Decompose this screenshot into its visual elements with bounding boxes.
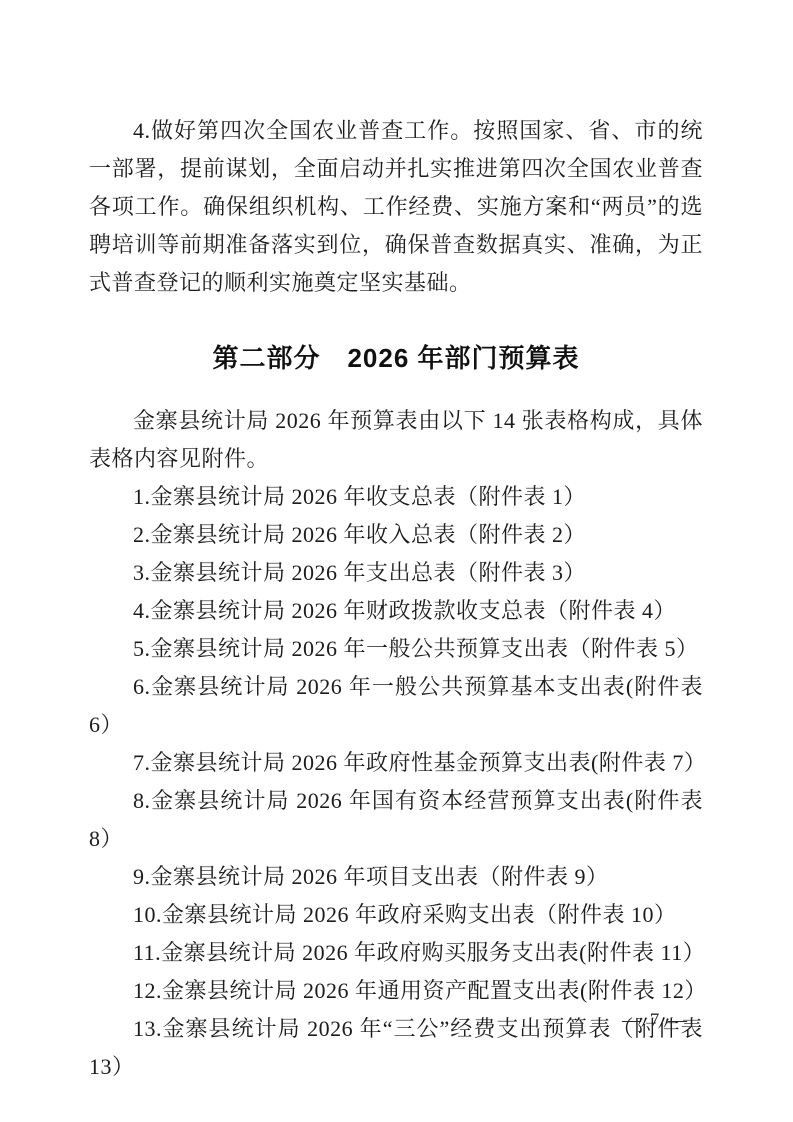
list-item-table-8: 8.金寨县统计局 2026 年国有资本经营预算支出表(附件表 8）	[89, 782, 703, 858]
list-item-table-2: 2.金寨县统计局 2026 年收入总表（附件表 2）	[89, 516, 703, 554]
list-item-table-12: 12.金寨县统计局 2026 年通用资产配置支出表(附件表 12）	[89, 972, 703, 1010]
list-item-table-5: 5.金寨县统计局 2026 年一般公共预算支出表（附件表 5）	[89, 630, 703, 668]
page-number: — 7 —	[622, 1008, 689, 1034]
list-item-table-4: 4.金寨县统计局 2026 年财政拨款收支总表（附件表 4）	[89, 592, 703, 630]
list-item-table-1: 1.金寨县统计局 2026 年收支总表（附件表 1）	[89, 478, 703, 516]
document-page: 4.做好第四次全国农业普查工作。按照国家、省、市的统一部署，提前谋划，全面启动并…	[0, 0, 793, 1122]
list-item-table-6: 6.金寨县统计局 2026 年一般公共预算基本支出表(附件表 6）	[89, 668, 703, 744]
list-item-table-9: 9.金寨县统计局 2026 年项目支出表（附件表 9）	[89, 858, 703, 896]
section-heading-part-two: 第二部分 2026 年部门预算表	[89, 338, 703, 378]
document-content: 4.做好第四次全国农业普查工作。按照国家、省、市的统一部署，提前谋划，全面启动并…	[89, 112, 703, 1086]
list-item-table-13: 13.金寨县统计局 2026 年“三公”经费支出预算表（附件表 13）	[89, 1010, 703, 1086]
list-item-table-10: 10.金寨县统计局 2026 年政府采购支出表（附件表 10）	[89, 896, 703, 934]
list-item-table-11: 11.金寨县统计局 2026 年政府购买服务支出表(附件表 11）	[89, 934, 703, 972]
paragraph-agricultural-census: 4.做好第四次全国农业普查工作。按照国家、省、市的统一部署，提前谋划，全面启动并…	[89, 112, 703, 302]
paragraph-table-intro: 金寨县统计局 2026 年预算表由以下 14 张表格构成，具体表格内容见附件。	[89, 402, 703, 478]
list-item-table-7: 7.金寨县统计局 2026 年政府性基金预算支出表(附件表 7）	[89, 744, 703, 782]
budget-table-list: 1.金寨县统计局 2026 年收支总表（附件表 1） 2.金寨县统计局 2026…	[89, 478, 703, 1086]
list-item-table-3: 3.金寨县统计局 2026 年支出总表（附件表 3）	[89, 554, 703, 592]
